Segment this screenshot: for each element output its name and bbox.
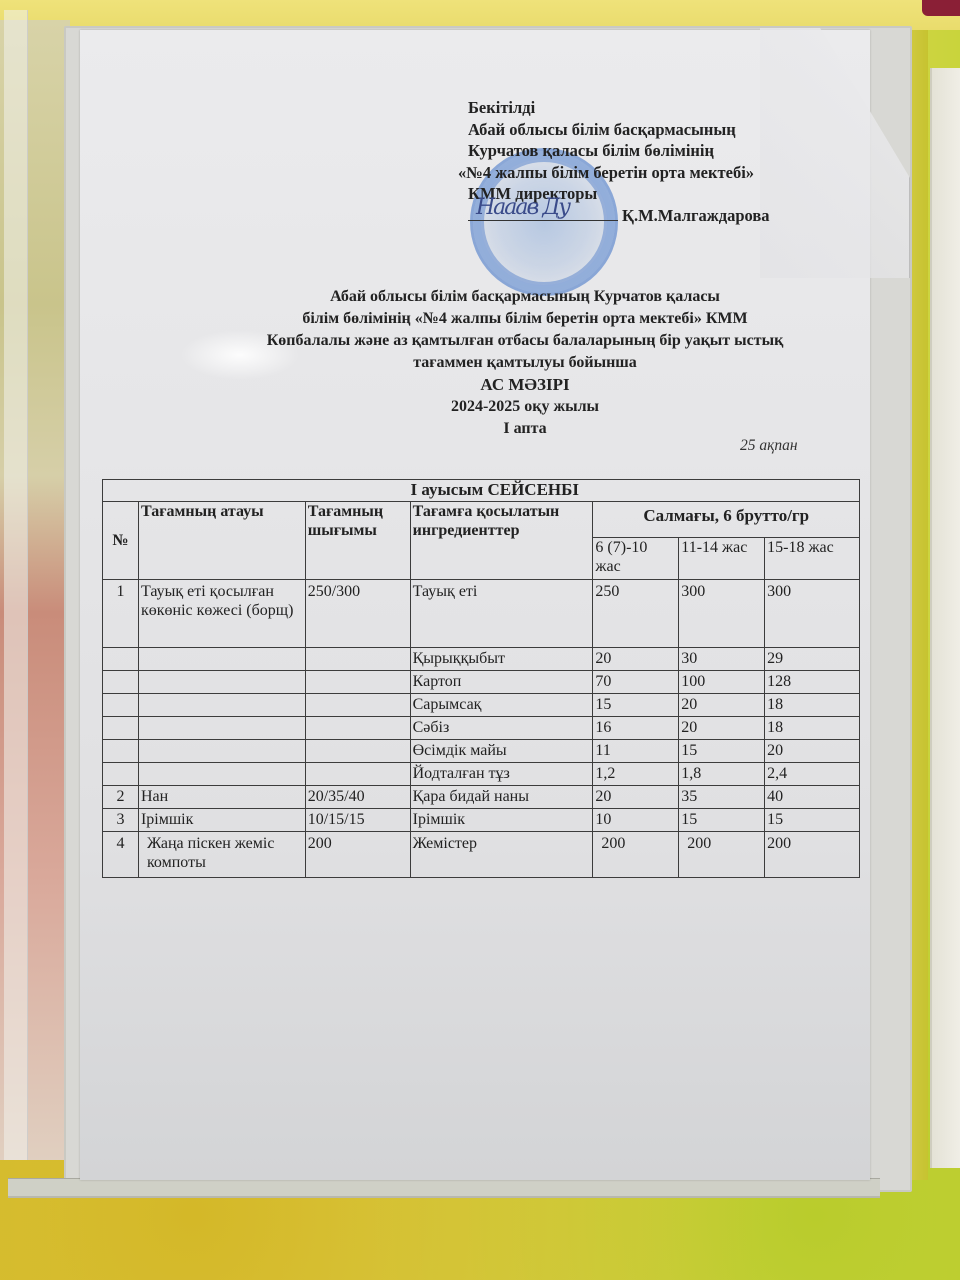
row-weight-15-18: 300: [765, 580, 860, 648]
row-weight-6-10: 250: [593, 580, 679, 648]
row-dish-output: [305, 717, 410, 740]
signature-scribble: Нааав Ду: [476, 197, 569, 219]
row-dish-name: Нан: [138, 786, 305, 809]
row-weight-6-10: 1,2: [593, 763, 679, 786]
row-dish-output: [305, 671, 410, 694]
row-weight-15-18: 128: [765, 671, 860, 694]
row-dish-name: [138, 717, 305, 740]
table-row: Өсімдік майы111520: [103, 740, 860, 763]
row-dish-output: [305, 648, 410, 671]
row-weight-15-18: 18: [765, 717, 860, 740]
shift-day-header: I ауысым СЕЙСЕНБІ: [103, 480, 860, 502]
table-row: Картоп70100128: [103, 671, 860, 694]
table-row: Қырыққыбыт203029: [103, 648, 860, 671]
row-number: [103, 671, 139, 694]
header-dish-output: Тағамның шығымы: [305, 502, 410, 580]
header-weight: Салмағы, 6 брутто/гр: [593, 502, 860, 538]
row-weight-11-14: 15: [679, 809, 765, 832]
row-number: [103, 763, 139, 786]
row-ingredient: Сәбіз: [410, 717, 593, 740]
row-number: [103, 717, 139, 740]
row-weight-11-14: 20: [679, 717, 765, 740]
row-weight-11-14: 100: [679, 671, 765, 694]
approval-line: «№4 жалпы білім беретін орта мектебі»: [458, 162, 770, 184]
approval-line: Курчатов қаласы білім бөлімінің: [468, 140, 770, 162]
row-dish-output: 10/15/15: [305, 809, 410, 832]
title-line: Абай облысы білім басқармасының Курчатов…: [180, 286, 870, 308]
row-weight-15-18: 20: [765, 740, 860, 763]
table-row: Сәбіз162018: [103, 717, 860, 740]
row-weight-6-10: 10: [593, 809, 679, 832]
row-number: 4: [103, 832, 139, 878]
row-dish-name: [138, 740, 305, 763]
school-year: 2024-2025 оқу жылы: [180, 396, 870, 418]
title-line: білім бөлімінің «№4 жалпы білім беретін …: [180, 308, 870, 330]
menu-table: I ауысым СЕЙСЕНБІ № Тағамның атауы Тағам…: [102, 479, 860, 878]
row-weight-15-18: 200: [765, 832, 860, 878]
row-weight-11-14: 20: [679, 694, 765, 717]
approval-line: Бекітілді: [468, 97, 770, 119]
row-number: [103, 694, 139, 717]
row-number: 3: [103, 809, 139, 832]
row-dish-name: [138, 648, 305, 671]
row-number: 1: [103, 580, 139, 648]
row-dish-output: [305, 763, 410, 786]
row-weight-6-10: 20: [593, 786, 679, 809]
row-weight-6-10: 20: [593, 648, 679, 671]
row-weight-15-18: 2,4: [765, 763, 860, 786]
approval-block: Бекітілді Абай облысы білім басқармасыны…: [468, 97, 770, 226]
row-weight-11-14: 300: [679, 580, 765, 648]
row-weight-15-18: 18: [765, 694, 860, 717]
row-weight-15-18: 29: [765, 648, 860, 671]
director-name: Қ.М.Малгаждарова: [622, 206, 770, 225]
row-dish-name: Тауық еті қосылған көкөніс көжесі (борщ): [138, 580, 305, 648]
row-ingredient: Өсімдік майы: [410, 740, 593, 763]
row-ingredient: Ірімшік: [410, 809, 593, 832]
row-dish-name: [138, 763, 305, 786]
row-dish-name: [138, 694, 305, 717]
row-ingredient: Картоп: [410, 671, 593, 694]
table-row: 3Ірімшік10/15/15Ірімшік101515: [103, 809, 860, 832]
table-row: 4Жаңа піскен жеміс компоты200Жемістер200…: [103, 832, 860, 878]
row-ingredient: Сарымсақ: [410, 694, 593, 717]
row-ingredient: Қара бидай наны: [410, 786, 593, 809]
table-row: Сарымсақ152018: [103, 694, 860, 717]
row-number: [103, 740, 139, 763]
row-weight-11-14: 15: [679, 740, 765, 763]
row-ingredient: Йодталған тұз: [410, 763, 593, 786]
row-weight-6-10: 16: [593, 717, 679, 740]
left-acrylic-pocket: [4, 10, 28, 1160]
row-ingredient: Тауық еті: [410, 580, 593, 648]
row-number: 2: [103, 786, 139, 809]
header-number: №: [103, 502, 139, 580]
row-ingredient: Қырыққыбыт: [410, 648, 593, 671]
header-age-6-10: 6 (7)-10 жас: [593, 538, 679, 580]
row-weight-11-14: 30: [679, 648, 765, 671]
row-number: [103, 648, 139, 671]
table-row: 2Нан20/35/40Қара бидай наны203540: [103, 786, 860, 809]
red-poster-corner: [922, 0, 960, 16]
row-weight-6-10: 15: [593, 694, 679, 717]
row-weight-15-18: 15: [765, 809, 860, 832]
row-weight-6-10: 200: [593, 832, 679, 878]
signature-line: Нааав Ду: [468, 207, 618, 221]
row-dish-name: Ірімшік: [138, 809, 305, 832]
row-dish-output: 200: [305, 832, 410, 878]
document-title: Абай облысы білім басқармасының Курчатов…: [180, 286, 870, 440]
row-weight-11-14: 200: [679, 832, 765, 878]
row-weight-6-10: 11: [593, 740, 679, 763]
table-row: Йодталған тұз1,21,82,4: [103, 763, 860, 786]
table-row: 1Тауық еті қосылған көкөніс көжесі (борщ…: [103, 580, 860, 648]
header-dish-name: Тағамның атауы: [138, 502, 305, 580]
row-ingredient: Жемістер: [410, 832, 593, 878]
approval-line: Абай облысы білім басқармасының: [468, 119, 770, 141]
row-weight-11-14: 35: [679, 786, 765, 809]
header-ingredients: Тағамға қосылатын ингредиенттер: [410, 502, 593, 580]
row-weight-6-10: 70: [593, 671, 679, 694]
menu-heading: АС МӘЗІРІ: [180, 374, 870, 396]
header-age-15-18: 15-18 жас: [765, 538, 860, 580]
holder-bottom-edge: [8, 1178, 880, 1198]
menu-table-body: 1Тауық еті қосылған көкөніс көжесі (борщ…: [103, 580, 860, 878]
title-line: тағаммен қамтылуы бойынша: [180, 352, 870, 374]
title-line: Көпбалалы және аз қамтылған отбасы балал…: [180, 330, 870, 352]
row-dish-output: 250/300: [305, 580, 410, 648]
row-weight-11-14: 1,8: [679, 763, 765, 786]
row-dish-output: 20/35/40: [305, 786, 410, 809]
right-acrylic-pocket: [930, 68, 960, 1168]
row-weight-15-18: 40: [765, 786, 860, 809]
signature-row: Нааав Ду Қ.М.Малгаждарова: [468, 205, 770, 227]
header-age-11-14: 11-14 жас: [679, 538, 765, 580]
row-dish-output: [305, 740, 410, 763]
row-dish-name: Жаңа піскен жеміс компоты: [138, 832, 305, 878]
menu-date: 25 ақпан: [740, 437, 798, 455]
row-dish-name: [138, 671, 305, 694]
row-dish-output: [305, 694, 410, 717]
